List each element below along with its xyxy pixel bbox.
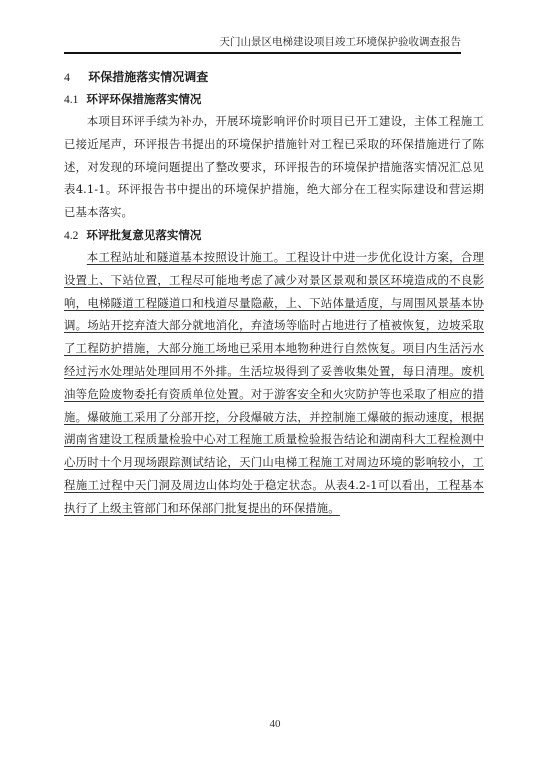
subsection-heading-4-2: 4.2 环评批复意见落实情况: [64, 224, 484, 246]
subsection-title: 环评环保措施落实情况: [86, 92, 201, 106]
page-content: 4 环保措施落实情况调查 4.1 环评环保措施落实情况 本项目环评手续为补办，开…: [64, 66, 484, 520]
paragraph-4-1: 本项目环评手续为补办，开展环境影响评价时项目已开工建设，主体工程施工已接近尾声，…: [64, 110, 484, 224]
section-heading: 4 环保措施落实情况调查: [64, 66, 484, 88]
page-header: 天门山景区电梯建设项目竣工环境保护验收调查报告: [64, 34, 461, 54]
paragraph-4-2: 本工程站址和隧道基本按照设计施工。工程设计中进一步优化设计方案，合理设置上、下站…: [64, 246, 484, 520]
subsection-number: 4.2: [64, 230, 78, 242]
header-title: 天门山景区电梯建设项目竣工环境保护验收调查报告: [220, 36, 462, 48]
paragraph-text: 本项目环评手续为补办，开展环境影响评价时项目已开工建设，主体工程施工已接近尾声，…: [64, 114, 484, 219]
paragraph-text-underlined: 本工程站址和隧道基本按照设计施工。工程设计中进一步优化设计方案，合理设置上、下站…: [64, 250, 484, 515]
subsection-title: 环评批复意见落实情况: [86, 228, 201, 242]
section-number: 4: [64, 66, 84, 88]
section-title: 环保措施落实情况调查: [88, 70, 208, 84]
subsection-heading-4-1: 4.1 环评环保措施落实情况: [64, 88, 484, 110]
page-number: 40: [0, 718, 550, 730]
subsection-number: 4.1: [64, 94, 78, 106]
